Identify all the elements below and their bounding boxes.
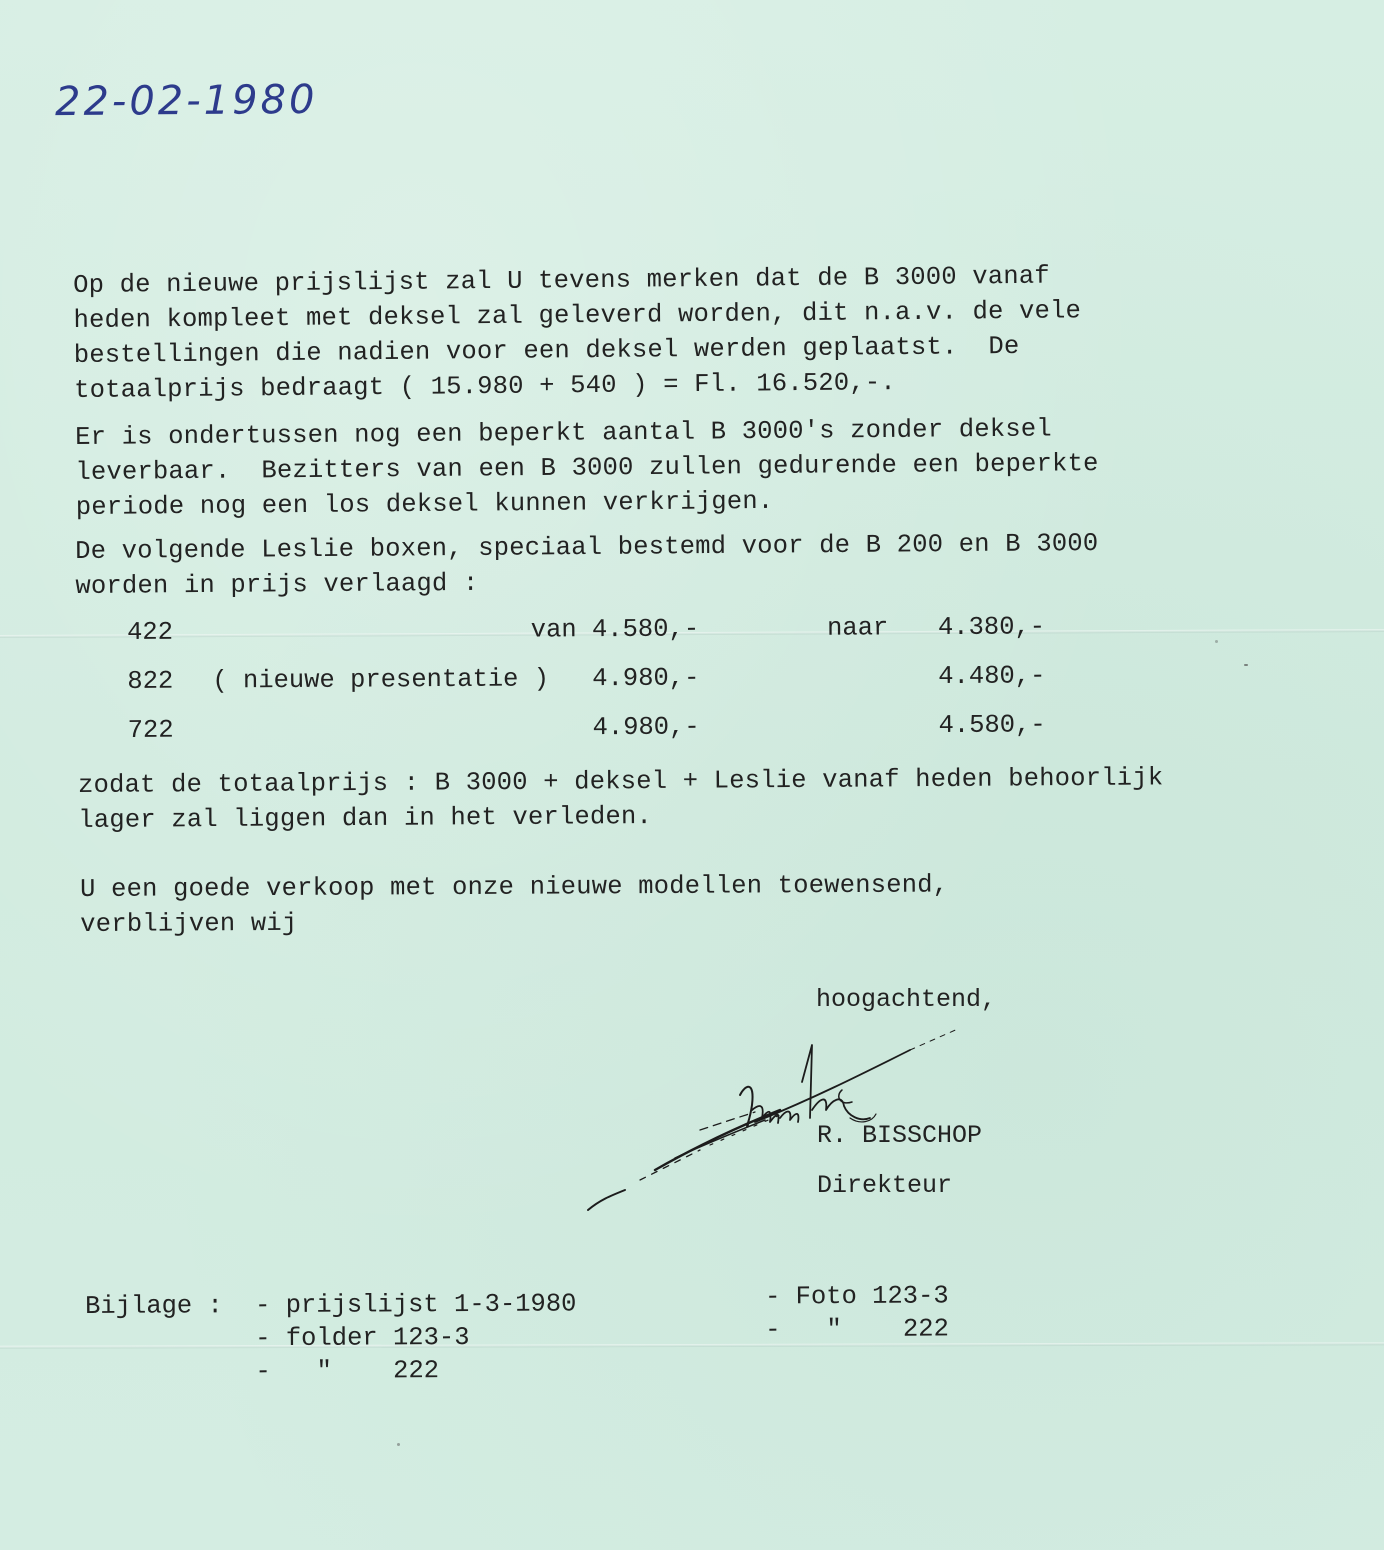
paragraph-total-price-lower: zodat de totaalprijs : B 3000 + deksel +…	[78, 760, 1164, 838]
attachments-list-right: - Foto 123-3 - " 222	[765, 1281, 949, 1348]
model-note: ( nieuwe presentatie )	[212, 664, 549, 695]
paragraph-limited-stock: Er is ondertussen nog een beperkt aantal…	[75, 411, 1099, 525]
signer-name: R. BISSCHOP	[817, 1121, 982, 1150]
attachment-item: - " 222	[765, 1314, 949, 1348]
paragraph-leslie-price-reduction: De volgende Leslie boxen, speciaal beste…	[75, 526, 1099, 604]
old-price: 4.980,-	[592, 713, 699, 743]
paragraph-price-list-notice: Op de nieuwe prijslijst zal U tevens mer…	[73, 258, 1082, 408]
paper-fold-line	[0, 1342, 1384, 1349]
new-price: 4.480,-	[938, 661, 1045, 691]
attachments-label: Bijlage :	[85, 1291, 223, 1321]
paper-speck	[1244, 664, 1248, 666]
paper-speck	[1215, 640, 1218, 643]
attachment-item: - folder 123-3	[255, 1322, 577, 1357]
model-number: 722	[128, 716, 174, 745]
signer-title: Direkteur	[817, 1171, 952, 1200]
new-price: 4.380,-	[938, 612, 1045, 642]
paper-speck	[397, 1443, 400, 1446]
old-price: van 4.580,-	[531, 615, 700, 645]
old-price: 4.980,-	[592, 664, 699, 694]
attachment-item: - Foto 123-3	[765, 1281, 949, 1315]
model-number: 422	[127, 618, 173, 647]
paragraph-sign-off: U een goede verkoop met onze nieuwe mode…	[80, 867, 948, 942]
price-row: 822 ( nieuwe presentatie ) 4.980,- 4.480…	[127, 661, 1057, 716]
price-table: 422 van 4.580,- naar 4.380,- 822 ( nieuw…	[127, 612, 1058, 765]
new-price: 4.580,-	[938, 710, 1045, 740]
attachment-item: - prijslijst 1-3-1980	[255, 1289, 577, 1324]
naar-label: naar	[827, 613, 888, 642]
price-row: 722 4.980,- 4.580,-	[128, 710, 1058, 765]
handwritten-date: 22-02-1980	[55, 77, 318, 125]
model-number: 822	[127, 667, 173, 696]
attachments-list-left: - prijslijst 1-3-1980 - folder 123-3 - "…	[255, 1289, 577, 1390]
letter-page: 22-02-1980 Op de nieuwe prijslijst zal U…	[0, 0, 1384, 1550]
attachment-item: - " 222	[255, 1355, 577, 1390]
price-row: 422 van 4.580,- naar 4.380,-	[127, 612, 1057, 667]
